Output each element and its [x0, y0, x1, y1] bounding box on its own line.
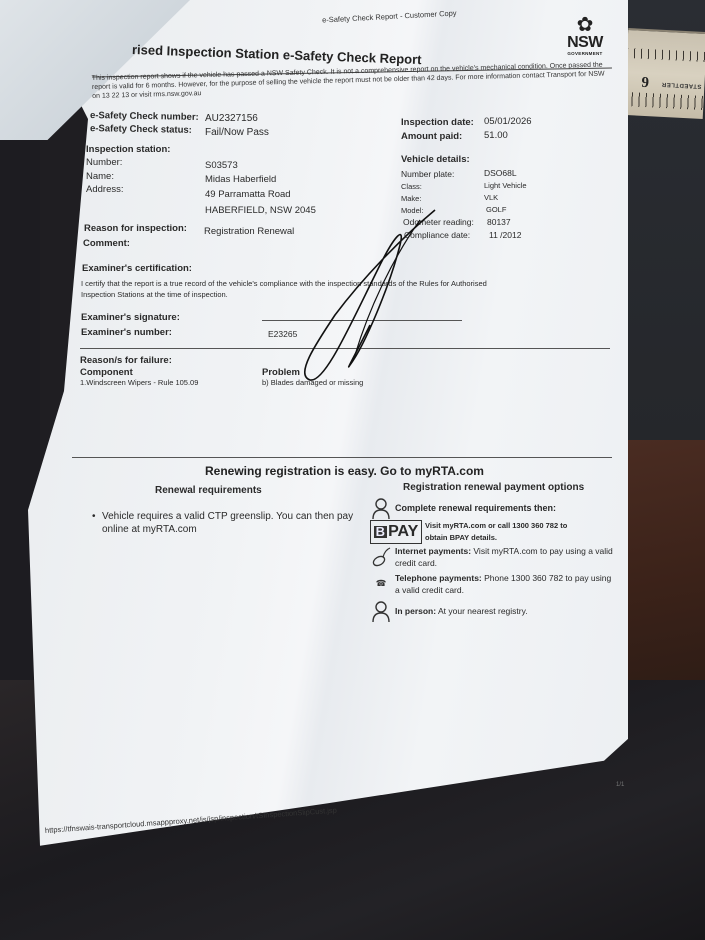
odometer-value: 80137 — [487, 217, 511, 227]
logo-text: NSW — [560, 35, 610, 51]
check-status-value: Fail/Now Pass — [205, 127, 269, 138]
payment-option-text: In person: At your nearest registry. — [395, 606, 528, 618]
payment-option-in-person: In person: At your nearest registry. — [370, 601, 528, 623]
component-header: Component — [80, 367, 133, 378]
amount-paid-label: Amount paid: — [401, 131, 462, 142]
plate-label: Number plate: — [401, 169, 454, 179]
nsw-government-logo: ✿ NSW GOVERNMENT — [560, 15, 610, 56]
station-number-value: S03573 — [205, 160, 238, 171]
intro-text: This inspection report shows if the vehi… — [92, 60, 613, 101]
check-status-label: e-Safety Check status: — [90, 123, 192, 136]
signature-label: Examiner's signature: — [81, 312, 180, 323]
telephone-icon: ☎ — [370, 573, 392, 595]
person-icon — [370, 601, 392, 623]
class-label: Class: — [401, 182, 422, 191]
examiner-number-value: E23265 — [268, 329, 297, 339]
cert-text-1: I certify that the report is a true reco… — [81, 279, 487, 288]
amount-paid-value: 51.00 — [484, 130, 508, 141]
compliance-value: 11 /2012 — [489, 230, 521, 240]
inspection-date-label: Inspection date: — [401, 117, 474, 128]
payment-option-text: Internet payments: Visit myRTA.com to pa… — [395, 546, 615, 569]
footer-url: https://tfnswais-transportcloud.msapppro… — [45, 806, 337, 835]
payment-option-text: Telephone payments: Phone 1300 360 782 t… — [395, 573, 615, 596]
station-heading: Inspection station: — [86, 144, 170, 155]
payment-option-bold: Internet payments: — [395, 546, 471, 556]
payment-option-telephone: ☎ Telephone payments: Phone 1300 360 782… — [370, 573, 615, 596]
section-divider — [80, 348, 610, 349]
payment-option-detail: At your nearest registry. — [436, 606, 528, 616]
check-number-value: AU2327156 — [205, 113, 258, 124]
make-label: Make: — [401, 194, 421, 203]
payment-option-text: Complete renewal requirements then: — [395, 503, 556, 515]
station-name-value: Midas Haberfield — [205, 174, 276, 185]
inspection-date-value: 05/01/2026 — [484, 116, 532, 127]
computer-mouse-icon — [370, 546, 392, 568]
model-label: Model: — [401, 206, 424, 215]
payment-option-complete-requirements: Complete renewal requirements then: — [370, 498, 556, 520]
bpay-mark: B — [374, 526, 387, 538]
report-content: e-Safety Check Report - Customer Copy ri… — [0, 0, 705, 940]
waratah-flower-icon: ✿ — [560, 15, 610, 35]
payment-option-text: Visit myRTA.com or call 1300 360 782 to … — [425, 520, 575, 544]
station-address-line1: 49 Parramatta Road — [205, 189, 291, 200]
renewal-requirements-heading: Renewal requirements — [155, 485, 262, 496]
payment-option-bpay: BPAY Visit myRTA.com or call 1300 360 78… — [370, 520, 575, 544]
check-number-label: e-Safety Check number: — [90, 110, 199, 123]
odometer-label: Odometer reading: — [403, 217, 474, 227]
class-value: Light Vehicle — [484, 181, 527, 190]
reason-label: Reason for inspection: — [84, 223, 187, 234]
logo-subtext: GOVERNMENT — [560, 51, 610, 56]
renewal-divider — [72, 457, 612, 458]
reason-value: Registration Renewal — [204, 226, 294, 237]
copy-label: e-Safety Check Report - Customer Copy — [322, 8, 457, 24]
signature-line — [262, 320, 462, 321]
payment-options-heading: Registration renewal payment options — [403, 482, 584, 493]
station-name-label: Name: — [86, 171, 114, 182]
renewal-headline: Renewing registration is easy. Go to myR… — [205, 464, 484, 478]
station-address-line2: HABERFIELD, NSW 2045 — [205, 205, 316, 216]
failure-row-problem: b) Blades damaged or missing — [262, 378, 363, 387]
payment-option-bold: In person: — [395, 606, 436, 616]
comment-label: Comment: — [83, 238, 130, 249]
bpay-text: PAY — [388, 526, 418, 538]
cert-heading: Examiner's certification: — [82, 263, 192, 274]
examiner-number-label: Examiner's number: — [81, 327, 172, 338]
make-value: VLK — [484, 193, 498, 202]
station-address-label: Address: — [86, 184, 124, 195]
plate-value: DSO68L — [484, 168, 517, 178]
station-number-label: Number: — [86, 157, 122, 168]
page-number: 1/1 — [616, 782, 624, 788]
compliance-label: Compliance date: — [404, 230, 470, 240]
report-title: rised Inspection Station e-Safety Check … — [132, 42, 422, 67]
person-icon — [370, 498, 392, 520]
vehicle-heading: Vehicle details: — [401, 154, 470, 165]
model-value: GOLF — [486, 205, 506, 214]
bpay-logo-icon: BPAY — [370, 520, 422, 544]
payment-option-internet: Internet payments: Visit myRTA.com to pa… — [370, 546, 615, 569]
renewal-requirement-item: Vehicle requires a valid CTP greenslip. … — [102, 510, 362, 536]
failure-row-component: 1.Windscreen Wipers - Rule 105.09 — [80, 378, 198, 387]
cert-text-2: Inspection Stations at the time of inspe… — [81, 290, 228, 299]
payment-option-bold: Telephone payments: — [395, 573, 482, 583]
failure-heading: Reason/s for failure: — [80, 355, 172, 366]
problem-header: Problem — [262, 367, 300, 378]
